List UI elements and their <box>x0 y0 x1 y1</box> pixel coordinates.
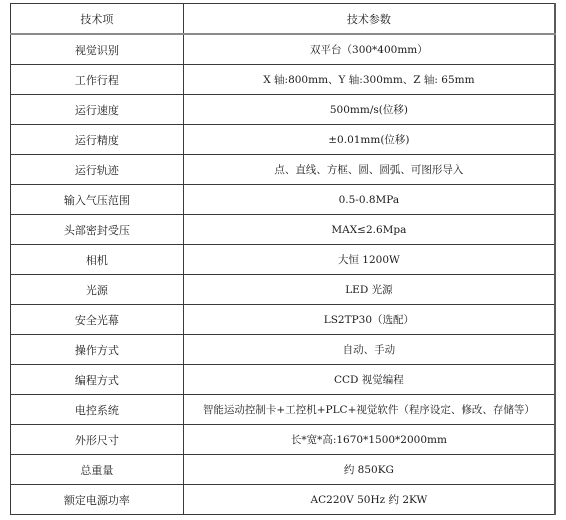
item-cell: 视觉识别 <box>11 34 184 65</box>
table-row: 运行精度±0.01mm(位移) <box>11 125 556 155</box>
value-cell: 约 850KG <box>183 455 555 485</box>
value-cell: 大恒 1200W <box>183 245 555 275</box>
item-cell: 输入气压范围 <box>11 185 184 215</box>
value-cell: 0.5-0.8MPa <box>183 185 555 215</box>
value-cell: 500mm/s(位移) <box>183 95 555 125</box>
table-row: 操作方式自动、手动 <box>11 335 556 365</box>
item-cell: 运行精度 <box>11 125 184 155</box>
header-value: 技术参数 <box>183 4 555 35</box>
value-cell: 智能运动控制卡+工控机+PLC+视觉软件（程序设定、修改、存储等） <box>183 395 555 425</box>
value-cell: AC220V 50Hz 约 2KW <box>183 485 555 515</box>
value-cell: MAX≤2.6Mpa <box>183 215 555 245</box>
table-row: 总重量约 850KG <box>11 455 556 485</box>
value-cell: LS2TP30（选配） <box>183 305 555 335</box>
table-row: 编程方式CCD 视觉编程 <box>11 365 556 395</box>
table-row: 安全光幕LS2TP30（选配） <box>11 305 556 335</box>
value-cell: LED 光源 <box>183 275 555 305</box>
value-cell: 点、直线、方框、圆、圆弧、可图形导入 <box>183 155 555 185</box>
table-row: 外形尺寸长*宽*高:1670*1500*2000mm <box>11 425 556 455</box>
item-cell: 编程方式 <box>11 365 184 395</box>
item-cell: 安全光幕 <box>11 305 184 335</box>
item-cell: 电控系统 <box>11 395 184 425</box>
table-row: 头部密封受压MAX≤2.6Mpa <box>11 215 556 245</box>
value-cell: CCD 视觉编程 <box>183 365 555 395</box>
header-item: 技术项 <box>11 4 184 35</box>
table-header-row: 技术项 技术参数 <box>11 4 556 35</box>
item-cell: 额定电源功率 <box>11 485 184 515</box>
spec-table: 技术项 技术参数 视觉识别双平台（300*400mm） 工作行程X 轴:800m… <box>10 3 556 515</box>
item-cell: 头部密封受压 <box>11 215 184 245</box>
value-cell: 双平台（300*400mm） <box>183 34 555 65</box>
value-cell: 自动、手动 <box>183 335 555 365</box>
table-row: 电控系统智能运动控制卡+工控机+PLC+视觉软件（程序设定、修改、存储等） <box>11 395 556 425</box>
item-cell: 运行轨迹 <box>11 155 184 185</box>
item-cell: 操作方式 <box>11 335 184 365</box>
item-cell: 外形尺寸 <box>11 425 184 455</box>
table-row: 相机大恒 1200W <box>11 245 556 275</box>
value-cell: X 轴:800mm、Y 轴:300mm、Z 轴: 65mm <box>183 65 555 95</box>
table-row: 光源LED 光源 <box>11 275 556 305</box>
item-cell: 光源 <box>11 275 184 305</box>
item-cell: 运行速度 <box>11 95 184 125</box>
table-row: 工作行程X 轴:800mm、Y 轴:300mm、Z 轴: 65mm <box>11 65 556 95</box>
table-row: 运行轨迹点、直线、方框、圆、圆弧、可图形导入 <box>11 155 556 185</box>
table-row: 运行速度500mm/s(位移) <box>11 95 556 125</box>
value-cell: 长*宽*高:1670*1500*2000mm <box>183 425 555 455</box>
item-cell: 总重量 <box>11 455 184 485</box>
item-cell: 相机 <box>11 245 184 275</box>
value-cell: ±0.01mm(位移) <box>183 125 555 155</box>
table-row: 输入气压范围0.5-0.8MPa <box>11 185 556 215</box>
item-cell: 工作行程 <box>11 65 184 95</box>
table-row: 额定电源功率AC220V 50Hz 约 2KW <box>11 485 556 515</box>
table-row: 视觉识别双平台（300*400mm） <box>11 34 556 65</box>
